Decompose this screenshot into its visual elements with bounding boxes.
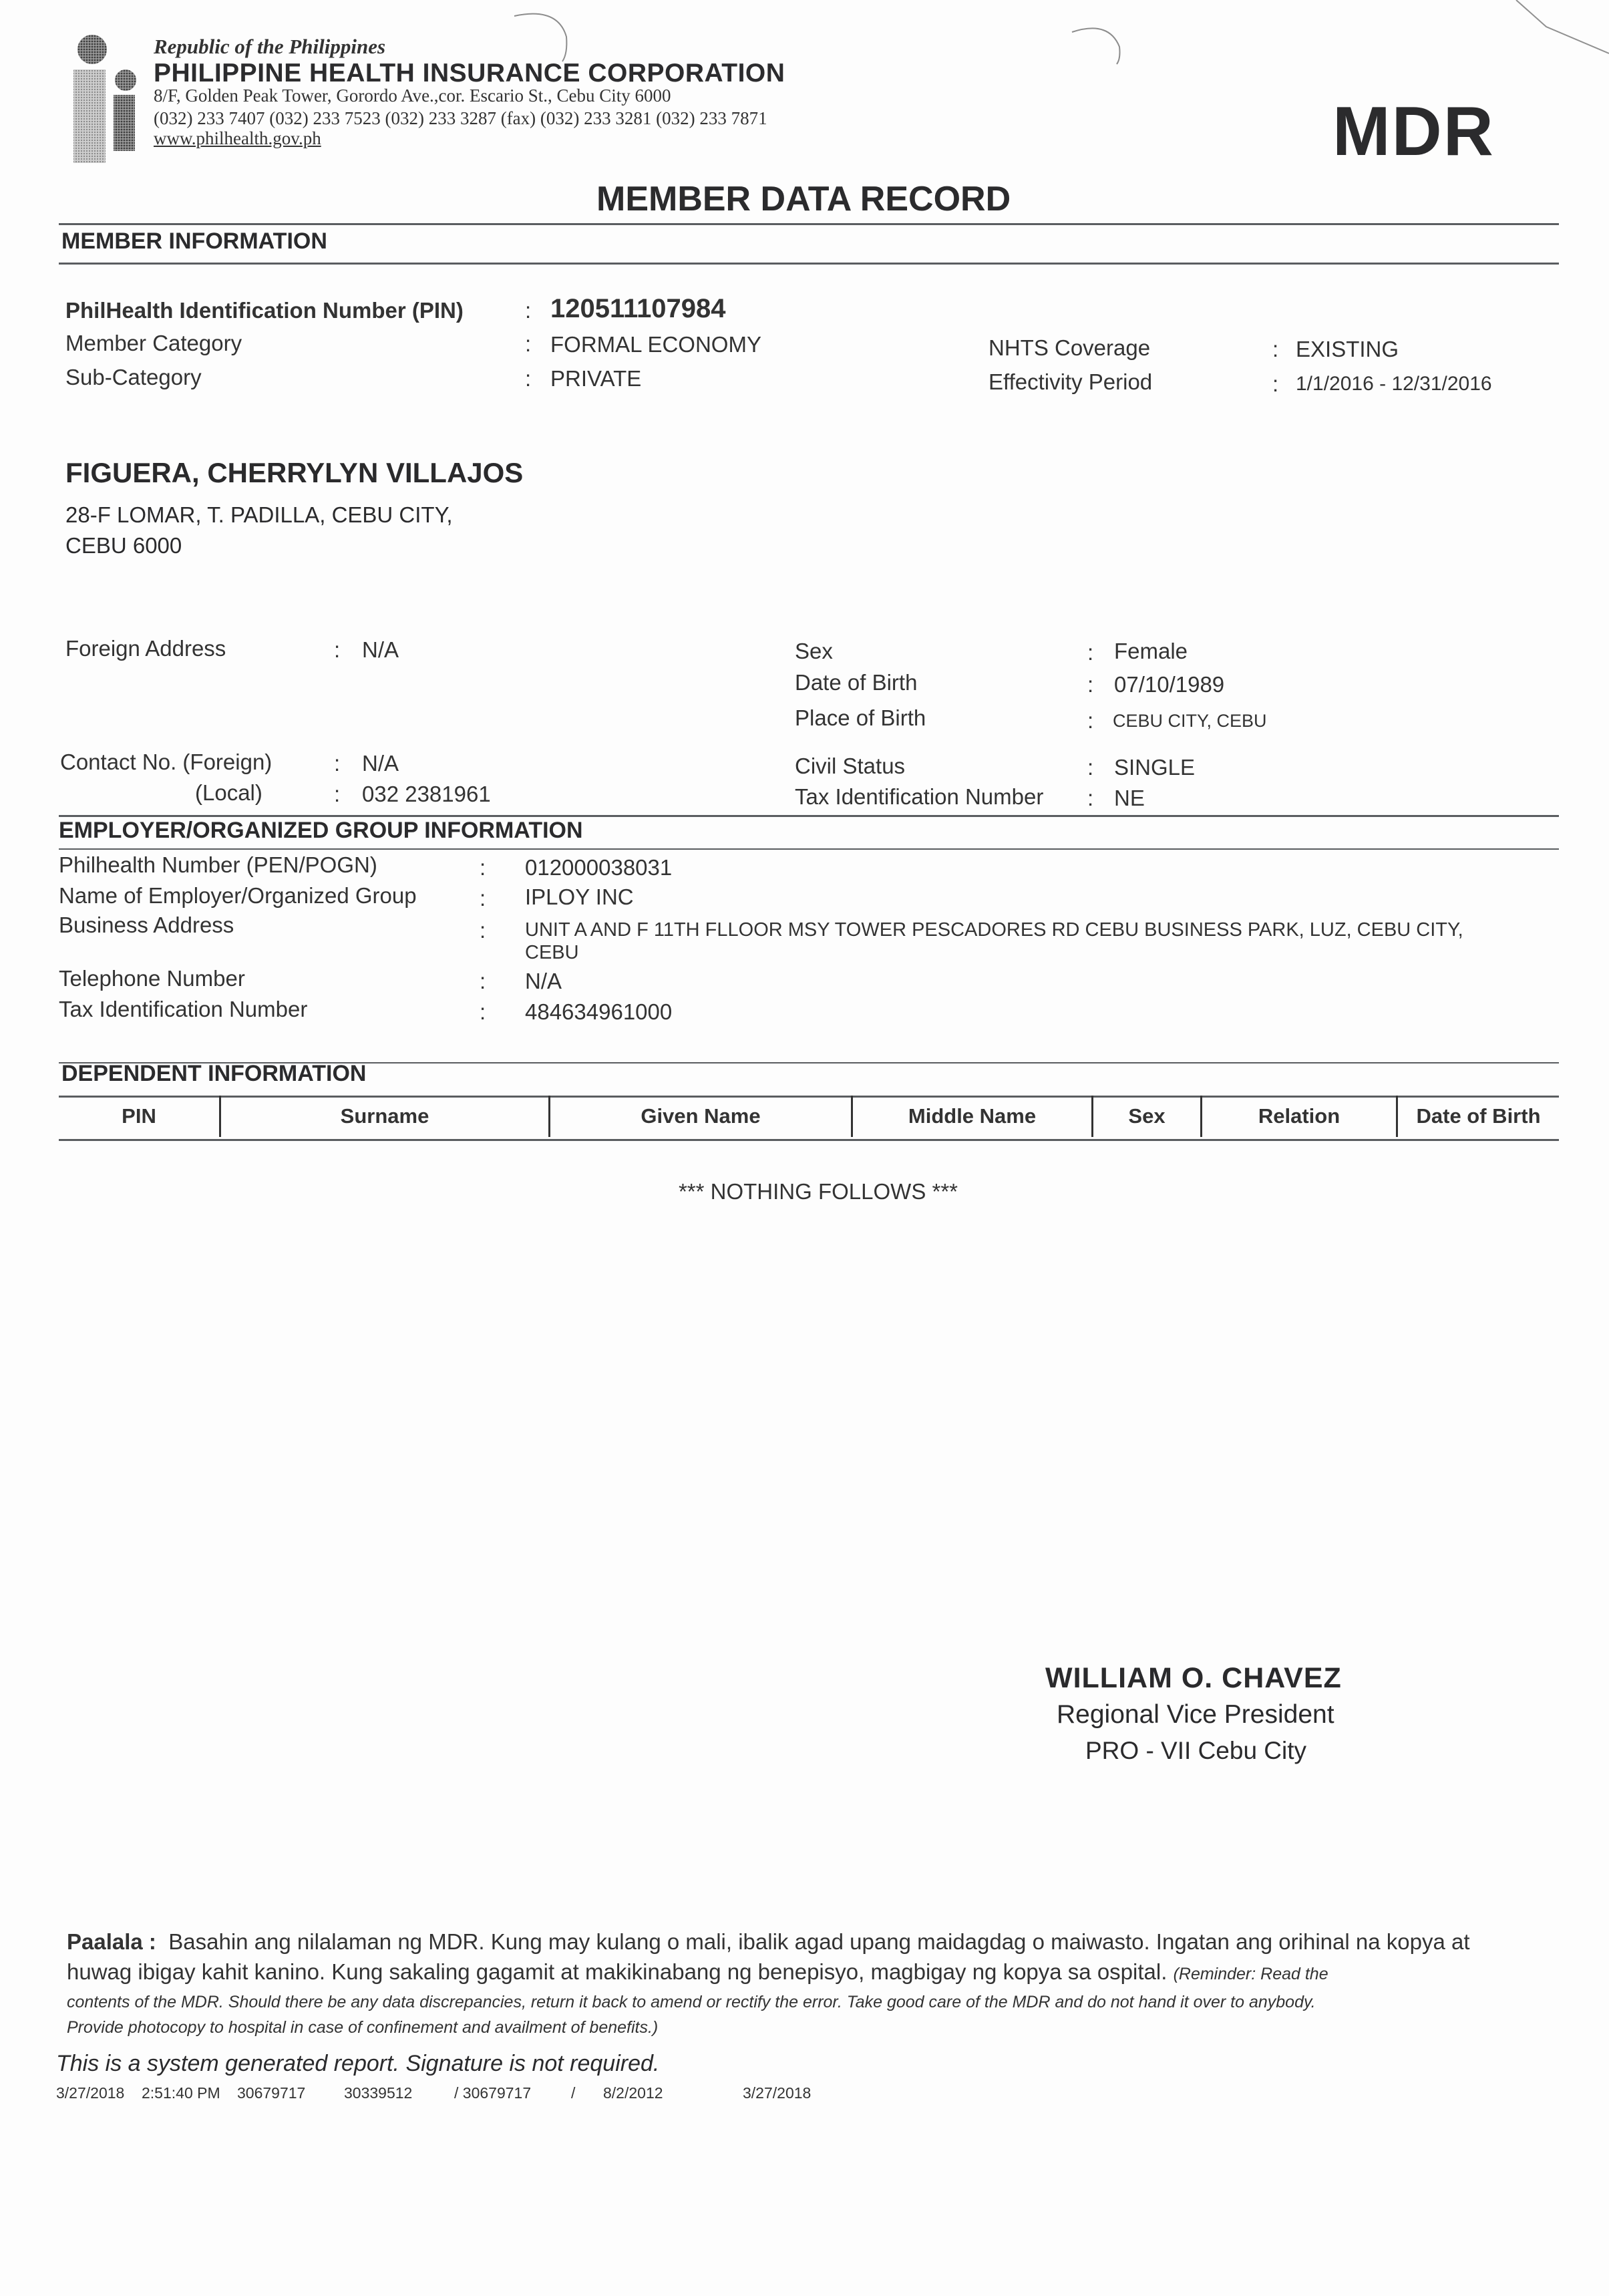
philhealth-logo-icon [69,32,150,166]
member-address-line1: 28-F LOMAR, T. PADILLA, CEBU CITY, [65,500,453,530]
republic-text: Republic of the Philippines [154,35,385,59]
divider [59,848,1559,850]
corporation-phones: (032) 233 7407 (032) 233 7523 (032) 233 … [154,108,767,129]
member-address-line2: CEBU 6000 [65,530,182,561]
effectivity-value: 1/1/2016 - 12/31/2016 [1296,373,1492,395]
business-address-line2: CEBU [525,942,579,964]
pob-label: Place of Birth [795,705,926,731]
column-pin: PIN [59,1096,220,1137]
pob-value: CEBU CITY, CEBU [1113,711,1267,731]
column-surname: Surname [220,1096,550,1137]
contact-local-value: 032 2381961 [362,782,491,807]
column-date-of-birth: Date of Birth [1397,1096,1560,1137]
system-generated-note: This is a system generated report. Signa… [56,2051,659,2077]
column-given-name: Given Name [550,1096,852,1137]
contact-local-label: (Local) [195,780,262,806]
member-category-label: Member Category [65,331,242,356]
reminder-english-line2: contents of the MDR. Should there be any… [67,1989,1530,2015]
reminder-note: Paalala : Basahin ang nilalaman ng MDR. … [67,1927,1530,2040]
foreign-address-value: N/A [362,637,399,663]
section-member-information: MEMBER INFORMATION [61,228,327,255]
employer-name-value: IPLOY INC [525,884,634,910]
nhts-value: EXISTING [1296,337,1399,362]
website-link[interactable]: www.philhealth.gov.ph [154,128,321,149]
signatory-title: Regional Vice President [1057,1700,1334,1730]
contact-foreign-value: N/A [362,751,399,776]
nothing-follows: *** NOTHING FOLLOWS *** [0,1179,1609,1204]
divider [59,263,1559,265]
employer-name-label: Name of Employer/Organized Group [59,883,417,909]
member-category-value: FORMAL ECONOMY [550,332,761,357]
dob-label: Date of Birth [795,670,917,695]
member-tin-label: Tax Identification Number [795,784,1043,810]
stamp-separator: / [571,2084,575,2102]
sub-category-label: Sub-Category [65,365,202,390]
print-date: 3/27/2018 [56,2084,124,2102]
employer-tin-label: Tax Identification Number [59,997,307,1022]
signatory-name: WILLIAM O. CHAVEZ [1045,1662,1342,1695]
divider [59,1139,1559,1141]
corporation-address: 8/F, Golden Peak Tower, Gorordo Ave.,cor… [154,86,671,106]
stamp-date-2: 3/27/2018 [743,2084,811,2102]
corporation-name: PHILIPPINE HEALTH INSURANCE CORPORATION [154,59,785,88]
column-relation: Relation [1202,1096,1397,1137]
section-dependent-information: DEPENDENT INFORMATION [61,1061,366,1087]
stamp-id-2: 30339512 [344,2084,412,2102]
document-code: MDR [1332,92,1495,172]
divider [59,815,1559,817]
column-sex: Sex [1093,1096,1202,1137]
reminder-english-line3: Provide photocopy to hospital in case of… [67,2015,1530,2040]
pin-label: PhilHealth Identification Number (PIN) [65,298,464,323]
divider [59,223,1559,225]
column-middle-name: Middle Name [852,1096,1093,1137]
reminder-label: Paalala : [67,1929,156,1954]
employer-tin-value: 484634961000 [525,999,672,1025]
business-address-label: Business Address [59,913,234,938]
pen-value: 012000038031 [525,855,672,880]
reminder-english-start: (Reminder: Read the [1174,1965,1328,1983]
foreign-address-label: Foreign Address [65,636,226,661]
nhts-label: NHTS Coverage [989,335,1150,361]
sex-label: Sex [795,639,833,664]
dob-value: 07/10/1989 [1114,672,1224,697]
sub-category-value: PRIVATE [550,366,641,391]
pin-value: 120511107984 [550,294,726,324]
civil-status-value: SINGLE [1114,755,1195,780]
telephone-value: N/A [525,969,562,994]
section-employer-information: EMPLOYER/ORGANIZED GROUP INFORMATION [59,818,583,844]
member-tin-value: NE [1114,786,1145,811]
dependents-table: PIN Surname Given Name Middle Name Sex R… [59,1096,1559,1137]
civil-status-label: Civil Status [795,754,905,779]
telephone-label: Telephone Number [59,966,245,991]
print-time: 2:51:40 PM [142,2084,220,2102]
stamp-id-1: 30679717 [237,2084,305,2102]
signatory-office: PRO - VII Cebu City [1085,1737,1306,1765]
contact-foreign-label: Contact No. (Foreign) [60,750,272,775]
member-name: FIGUERA, CHERRYLYN VILLAJOS [65,457,523,489]
document-title: MEMBER DATA RECORD [596,179,1011,219]
effectivity-label: Effectivity Period [989,369,1152,395]
dependents-header-row: PIN Surname Given Name Middle Name Sex R… [59,1096,1559,1137]
business-address-line1: UNIT A AND F 11TH FLLOOR MSY TOWER PESCA… [525,919,1463,941]
pen-label: Philhealth Number (PEN/POGN) [59,852,377,878]
stamp-id-3: / 30679717 [454,2084,531,2102]
sex-value: Female [1114,639,1188,664]
stamp-date-1: 8/2/2012 [603,2084,663,2102]
